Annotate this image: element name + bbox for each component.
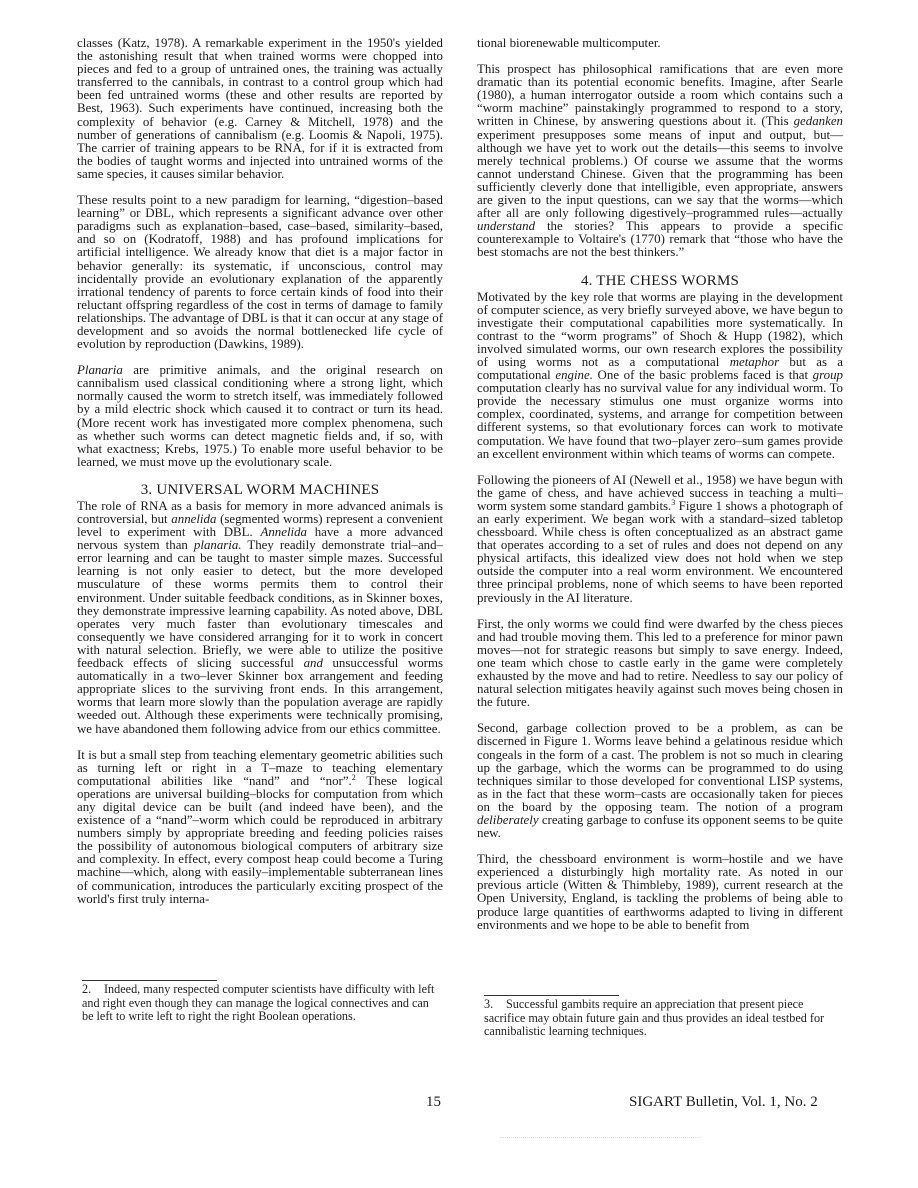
footnote-text: Indeed, many respected computer scientis… — [82, 982, 434, 1023]
paragraph: Planaria are primitive animals, and the … — [77, 364, 443, 469]
paragraph: Motivated by the key role that worms are… — [477, 291, 843, 461]
text: Figure 1 shows a photograph of an early … — [477, 499, 843, 605]
paragraph: These results point to a new paradigm fo… — [77, 194, 443, 351]
text: computation clearly has no survival valu… — [477, 381, 843, 460]
paragraph: classes (Katz, 1978). A remarkable exper… — [77, 37, 443, 181]
paragraph: tional biorenewable multicomputer. — [477, 37, 843, 50]
emphasis: understand — [477, 219, 535, 233]
emphasis: engine. — [555, 368, 593, 382]
footnote-rule — [82, 980, 217, 981]
left-column: classes (Katz, 1978). A remarkable exper… — [77, 37, 443, 906]
running-footer-venue: SIGART Bulletin, Vol. 1, No. 2 — [629, 1094, 818, 1111]
emphasis: deliberately — [477, 813, 539, 827]
right-column: tional biorenewable multicomputer. This … — [477, 37, 843, 932]
footnote-text: Successful gambits require an appreciati… — [484, 997, 824, 1038]
emphasis: Annelida — [260, 525, 307, 539]
paragraph: The role of RNA as a basis for memory in… — [77, 500, 443, 736]
paragraph: It is but a small step from teaching ele… — [77, 749, 443, 906]
emphasis: metaphor — [730, 355, 779, 369]
text: are primitive animals, and the original … — [77, 363, 443, 469]
paragraph: Third, the chessboard environment is wor… — [477, 853, 843, 932]
footnote-number: 2. — [82, 983, 104, 996]
footnote-3: 3.Successful gambits require an apprecia… — [484, 995, 844, 1039]
text: They readily demonstrate trial–and–error… — [77, 538, 443, 670]
paragraph: Following the pioneers of AI (Newell et … — [477, 474, 843, 605]
paragraph: First, the only worms we could find were… — [477, 618, 843, 710]
footnote-2: 2.Indeed, many respected computer scient… — [82, 980, 442, 1024]
footnote-rule — [484, 995, 619, 996]
text: experiment presupposes some means of inp… — [477, 128, 843, 221]
text: One of the basic problems faced is that — [593, 368, 813, 382]
paragraph: Second, garbage collection proved to be … — [477, 722, 843, 840]
emphasis: Planaria — [77, 363, 123, 377]
paragraph: This prospect has philosophical ramifica… — [477, 63, 843, 259]
emphasis: annelida — [171, 512, 216, 526]
text: This prospect has philosophical ramifica… — [477, 62, 843, 128]
emphasis: planaria. — [194, 538, 242, 552]
section-heading-4: 4. THE CHESS WORMS — [477, 273, 843, 290]
page-number: 15 — [426, 1094, 441, 1111]
scan-artifact-divider — [500, 1137, 700, 1139]
text: Second, garbage collection proved to be … — [477, 721, 843, 814]
emphasis: gedanken — [794, 114, 843, 128]
emphasis: group — [813, 368, 843, 382]
footnote-number: 3. — [484, 998, 506, 1011]
emphasis: and — [304, 656, 323, 670]
text: These logical operations are universal b… — [77, 774, 443, 906]
section-heading-3: 3. UNIVERSAL WORM MACHINES — [77, 482, 443, 499]
